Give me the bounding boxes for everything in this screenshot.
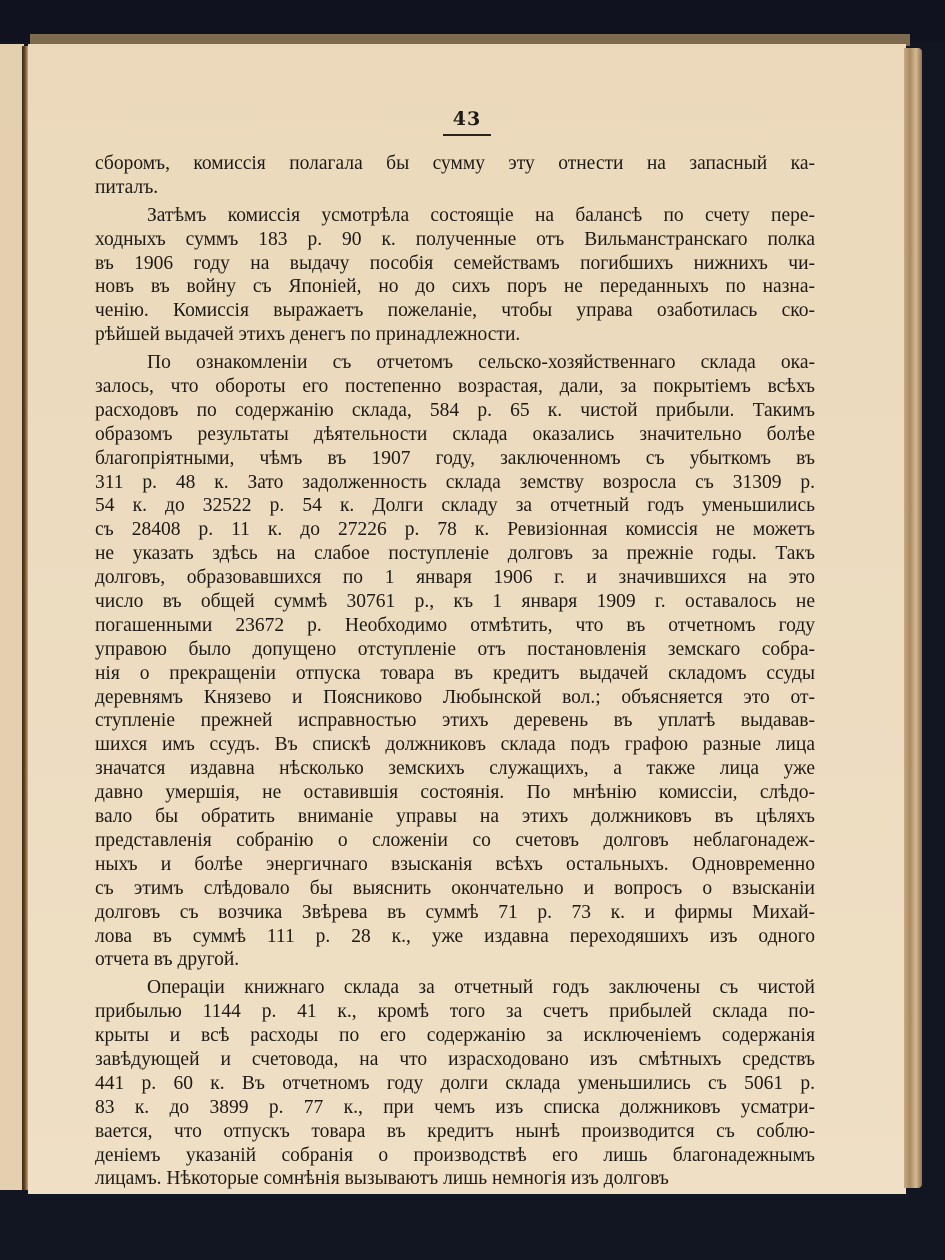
text-line: давно умершія, не оставившія состоянія. …	[95, 781, 815, 805]
text-line: залось, что обороты его постепенно возра…	[95, 375, 815, 399]
text-line: завѣдующей и счетовода, на что израсходо…	[95, 1048, 815, 1072]
body-text: сборомъ, комиссія полагала бы сумму эту …	[95, 152, 815, 1191]
text-line: ступленіе прежней исправностью этихъ дер…	[95, 709, 815, 733]
page-stack-edges	[904, 48, 922, 1188]
page-number: 43	[453, 108, 481, 130]
text-line: нія о прекращеніи отпуска товара въ кред…	[95, 662, 815, 686]
paragraph: Затѣмъ комиссія усмотрѣла состоящіе на б…	[95, 204, 815, 347]
text-line: вается, что отпускъ товара въ кредитъ ны…	[95, 1120, 815, 1144]
text-line: Операціи книжнаго склада за отчетный год…	[95, 976, 815, 1000]
text-line: вало бы обратить вниманіе управы на этих…	[95, 805, 815, 829]
text-line: образомъ результаты дѣятельности склада …	[95, 423, 815, 447]
page-header: 43	[28, 108, 906, 136]
text-line: ходныхъ суммъ 183 р. 90 к. полученные от…	[95, 228, 815, 252]
text-line: долговъ, образовавшихся по 1 января 1906…	[95, 566, 815, 590]
text-line: крыты и всѣ расходы по его содержанію за…	[95, 1024, 815, 1048]
paragraph: Операціи книжнаго склада за отчетный год…	[95, 976, 815, 1191]
text-line: въ 1906 году на выдачу пособія семейства…	[95, 252, 815, 276]
paragraph: сборомъ, комиссія полагала бы сумму эту …	[95, 152, 815, 200]
text-line: По ознакомленіи съ отчетомъ сельско-хозя…	[95, 351, 815, 375]
text-line: шихся имъ ссудъ. Въ спискѣ должниковъ ск…	[95, 733, 815, 757]
text-line: новъ въ войну съ Японіей, но до сихъ пор…	[95, 275, 815, 299]
text-line: значатся издавна нѣсколько земскихъ служ…	[95, 757, 815, 781]
text-line: прибылью 1144 р. 41 к., кромѣ того за сч…	[95, 1000, 815, 1024]
text-line: число въ общей суммѣ 30761 р., къ 1 янва…	[95, 590, 815, 614]
text-line: деніемъ указаній собранія о производствѣ…	[95, 1144, 815, 1168]
text-line: 54 к. до 32522 р. 54 к. Долги складу за …	[95, 494, 815, 518]
page-number-rule	[443, 134, 491, 136]
text-line: съ 28408 р. 11 к. до 27226 р. 78 к. Реви…	[95, 518, 815, 542]
text-line: 83 к. до 3899 р. 77 к., при чемъ изъ спи…	[95, 1096, 815, 1120]
text-line: съ этимъ слѣдовало бы выяснить окончател…	[95, 877, 815, 901]
text-line: 441 р. 60 к. Въ отчетномъ году долги скл…	[95, 1072, 815, 1096]
text-line: ныхъ и болѣе энергичнаго взысканія всѣхъ…	[95, 853, 815, 877]
text-line: не указать здѣсь на слабое поступленіе д…	[95, 542, 815, 566]
text-line: благопріятными, чѣмъ въ 1907 году, заклю…	[95, 447, 815, 471]
text-line: питалъ.	[95, 176, 815, 200]
text-line: ченію. Комиссія выражаетъ пожеланіе, что…	[95, 299, 815, 323]
text-line: лицамъ. Нѣкоторые сомнѣнія вызываютъ лиш…	[95, 1167, 815, 1191]
text-line: рѣйшей выдачей этихъ денегъ по принадлеж…	[95, 323, 815, 347]
text-line: погашенными 23672 р. Необходимо отмѣтить…	[95, 614, 815, 638]
text-line: Затѣмъ комиссія усмотрѣла состоящіе на б…	[95, 204, 815, 228]
text-line: отчета въ другой.	[95, 948, 815, 972]
text-line: представленія собранію о сложеніи со сче…	[95, 829, 815, 853]
text-line: деревнямъ Князево и Поясниково Любынской…	[95, 686, 815, 710]
paragraph: По ознакомленіи съ отчетомъ сельско-хозя…	[95, 351, 815, 972]
text-line: сборомъ, комиссія полагала бы сумму эту …	[95, 152, 815, 176]
text-line: управою было допущено отступленіе отъ по…	[95, 638, 815, 662]
text-line: лова въ суммѣ 111 р. 28 к., уже издавна …	[95, 925, 815, 949]
facing-page-edge	[0, 44, 24, 1190]
text-line: расходовъ по содержанію склада, 584 р. 6…	[95, 399, 815, 423]
text-line: 311 р. 48 к. Зато задолженность склада з…	[95, 471, 815, 495]
text-line: долговъ съ возчика Звѣрева въ суммѣ 71 р…	[95, 901, 815, 925]
